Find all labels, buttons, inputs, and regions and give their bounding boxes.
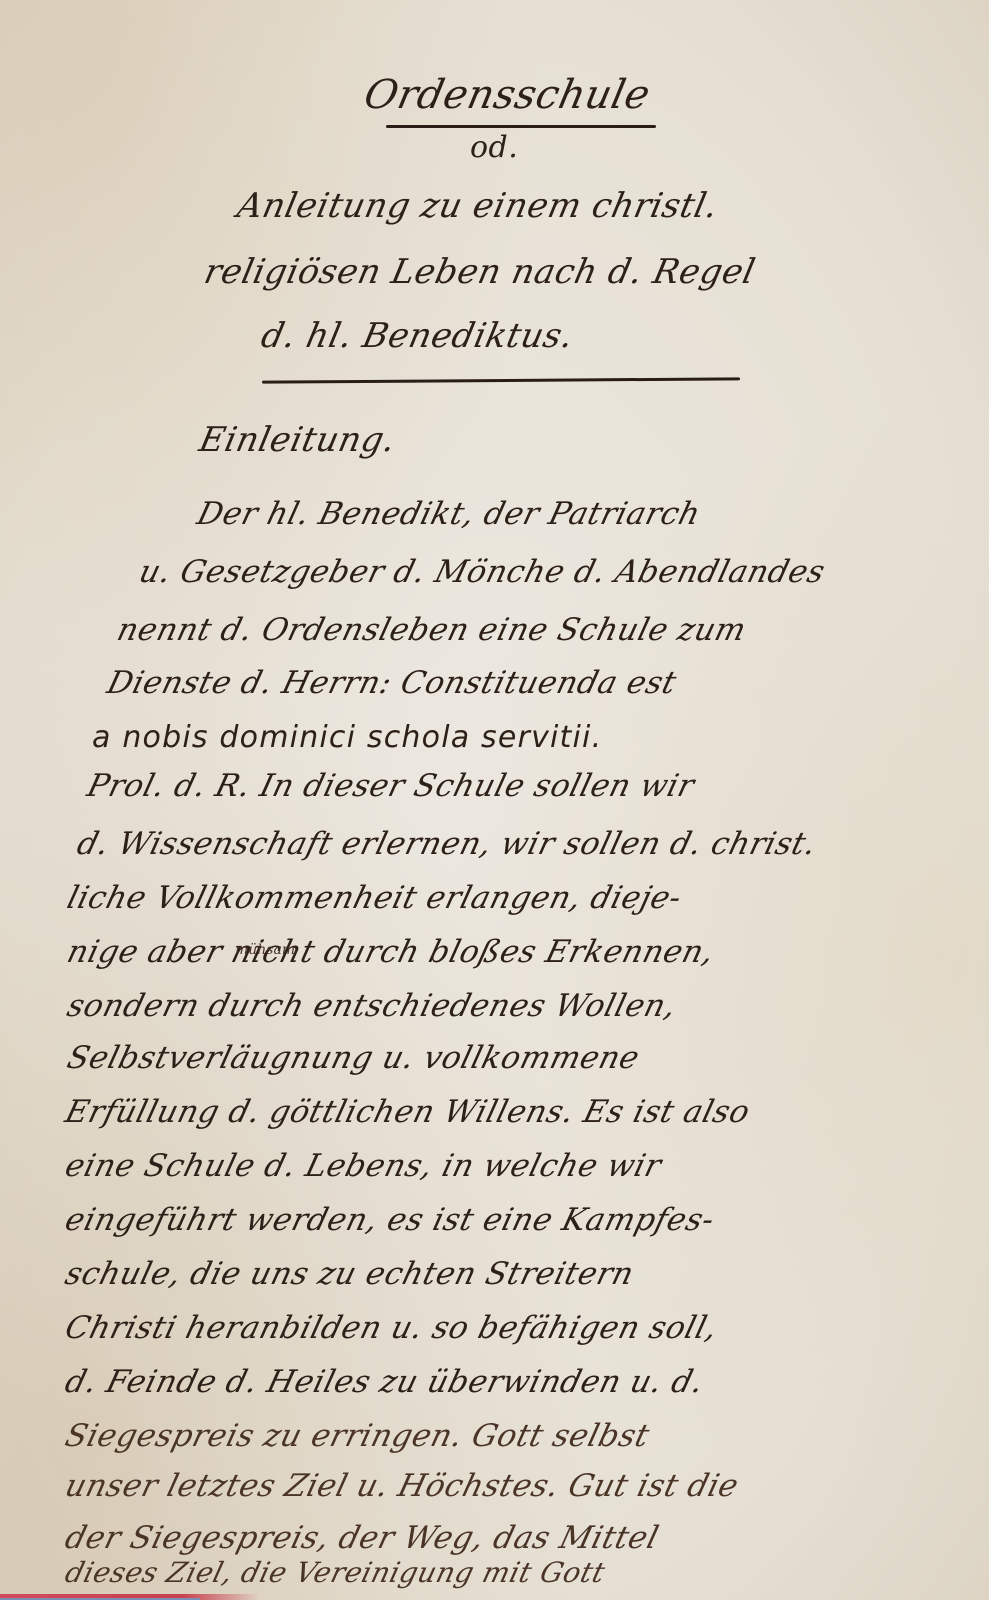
body-line: dieses Ziel, die Vereinigung mit Gott bbox=[62, 1556, 609, 1589]
body-line: nige aber nicht durch bloßes Erkennen, bbox=[64, 934, 718, 970]
subtitle-line-2: religiösen Leben nach d. Regel bbox=[201, 252, 759, 292]
body-line: Prol. d. R. In dieser Schule sollen wir bbox=[84, 768, 699, 804]
section-heading: Einleitung. bbox=[196, 420, 400, 460]
body-line: liche Vollkommenheit erlangen, dieje- bbox=[64, 880, 686, 916]
title-underline bbox=[386, 125, 656, 128]
section-divider bbox=[262, 377, 740, 383]
body-line: u. Gesetzgeber d. Mönche d. Abendlandes bbox=[136, 554, 829, 590]
subtitle-line-3: d. hl. Benediktus. bbox=[258, 316, 577, 356]
body-line: der Siegespreis, der Weg, das Mittel bbox=[62, 1520, 663, 1556]
body-line: d. Feinde d. Heiles zu überwinden u. d. bbox=[62, 1364, 708, 1400]
subtitle-line-1: Anleitung zu einem christl. bbox=[234, 186, 722, 226]
body-line: unser letztes Ziel u. Höchstes. Gut ist … bbox=[62, 1468, 743, 1504]
body-line: Erfüllung d. göttlichen Willens. Es ist … bbox=[62, 1094, 754, 1130]
body-line: Der hl. Benedikt, der Patriarch bbox=[194, 496, 705, 532]
body-line: sondern durch entschiedenes Wollen, bbox=[64, 988, 681, 1024]
body-line: Christi heranbilden u. so befähigen soll… bbox=[62, 1310, 722, 1346]
document-title: Ordensschule bbox=[360, 72, 654, 118]
body-line: d. Wissenschaft erlernen, wir sollen d. … bbox=[74, 826, 821, 862]
manuscript-page: Ordensschule od. Anleitung zu einem chri… bbox=[0, 0, 989, 1600]
body-line: schule, die uns zu echten Streitern bbox=[62, 1256, 638, 1292]
body-line: eine Schule d. Lebens, in welche wir bbox=[62, 1148, 666, 1184]
latin-quote: a nobis dominici schola servitii. bbox=[92, 720, 602, 755]
title-connector: od. bbox=[470, 130, 518, 165]
body-line: eingeführt werden, es ist eine Kampfes- bbox=[62, 1202, 719, 1238]
body-line: Dienste d. Herrn: Constituenda est bbox=[104, 665, 681, 701]
interlinear-insertion: mühsam bbox=[235, 942, 295, 958]
body-line: Siegespreis zu erringen. Gott selbst bbox=[62, 1418, 654, 1454]
body-line: Selbstverläugnung u. vollkommene bbox=[64, 1040, 644, 1076]
body-line: nennt d. Ordensleben eine Schule zum bbox=[114, 612, 750, 648]
